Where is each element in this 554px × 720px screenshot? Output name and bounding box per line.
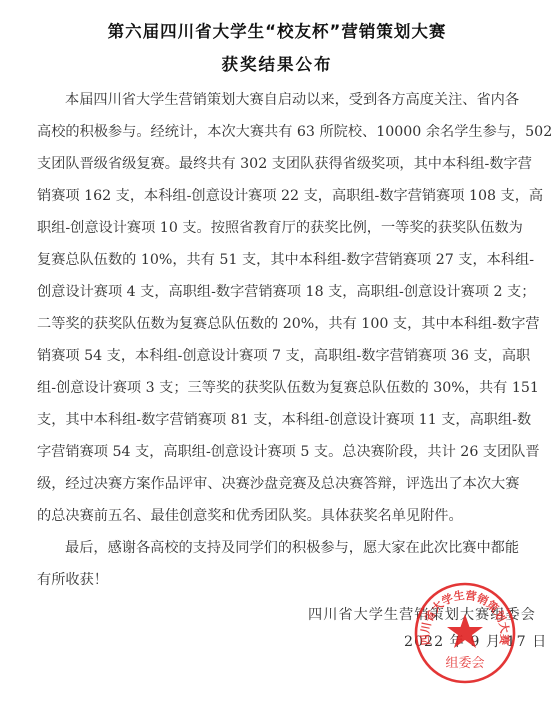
text-line: 支团队晋级省级复赛。最终共有 302 支团队获得省级奖项，其中本科组-数字营	[37, 154, 513, 174]
text-line: 最后，感谢各高校的支持及同学们的积极参与，愿大家在此次比赛中都能	[65, 538, 513, 558]
text-line: 的总决赛前五名、最佳创意奖和优秀团队奖。具体获奖名单见附件。	[37, 506, 513, 526]
document-subtitle: 获奖结果公布	[0, 51, 554, 75]
text-line: 组-创意设计赛项 3 支；三等奖的获奖队伍数为复赛总队伍数的 30%，共有 15…	[37, 378, 513, 398]
text-line: 二等奖的获奖队伍数为复赛总队伍数的 20%，共有 100 支，其中本科组-数字营	[37, 314, 513, 334]
star-icon	[447, 614, 483, 648]
text-line: 销赛项 54 支，本科组-创意设计赛项 7 支，高职组-数字营销赛项 36 支，…	[37, 346, 513, 366]
document-title: 第六届四川省大学生“校友杯”营销策划大赛	[0, 18, 554, 42]
text-line: 级，经过决赛方案作品评审、决赛沙盘竞赛及总决赛答辩，评选出了本次大赛	[37, 474, 513, 494]
text-line: 本届四川省大学生营销策划大赛自启动以来，受到各方高度关注、省内各	[65, 90, 513, 110]
text-line: 支，其中本科组-数字营销赛项 81 支，本科组-创意设计赛项 11 支，高职组-…	[37, 410, 513, 430]
text-line: 创意设计赛项 4 支，高职组-数字营销赛项 18 支，高职组-创意设计赛项 2 …	[37, 282, 513, 302]
text-line: 销赛项 162 支，本科组-创意设计赛项 22 支，高职组-数字营销赛项 108…	[37, 186, 513, 206]
text-line: 复赛总队伍数的 10%，共有 51 支，其中本科组-数字营销赛项 27 支，本科…	[37, 250, 513, 270]
text-line: 高校的积极参与。经统计，本次大赛共有 63 所院校、10000 余名学生参与，5…	[37, 122, 513, 142]
stamp-bottom-text: 组委会	[445, 656, 484, 671]
text-line: 字营销赛项 54 支，高职组-创意设计赛项 5 支。总决赛阶段，共计 26 支团…	[37, 442, 513, 462]
official-seal-icon: 四川省大学生营销策划大赛 组委会	[413, 581, 517, 685]
text-line: 职组-创意设计赛项 10 支。按照省教育厅的获奖比例，一等奖的获奖队伍数为	[37, 218, 513, 238]
